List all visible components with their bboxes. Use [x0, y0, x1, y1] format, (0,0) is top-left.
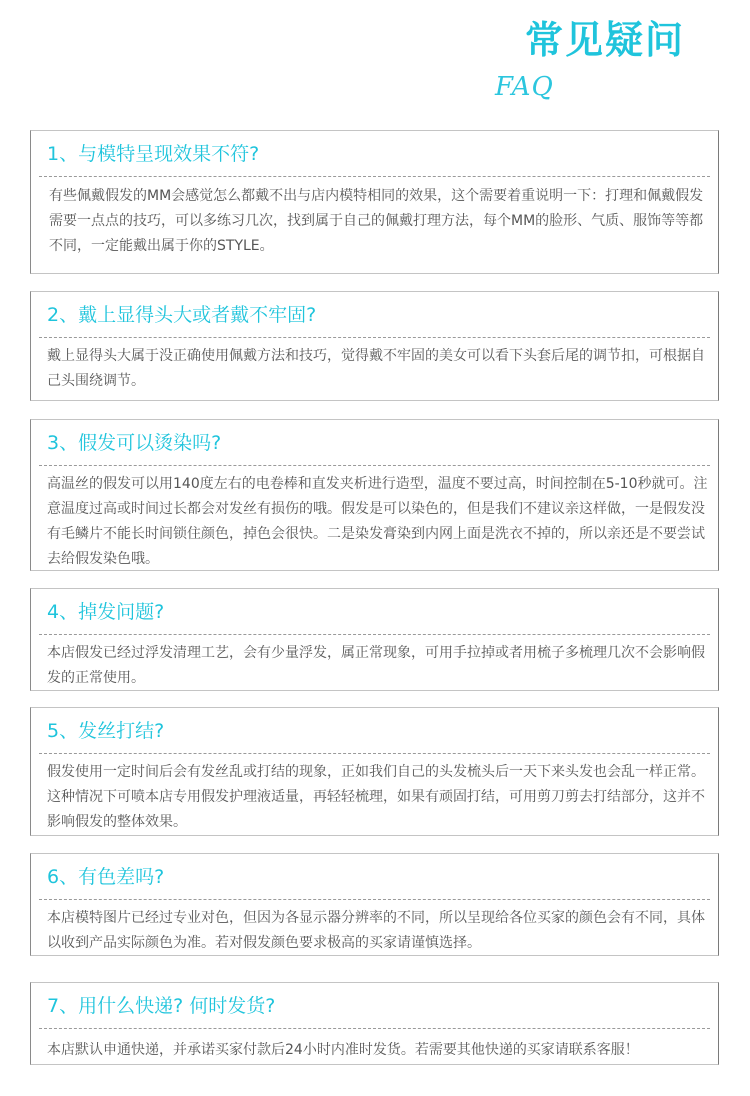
faq-item-7: 7、用什么快递? 何时发货? 本店默认申通快递，并承诺买家付款后24小时内准时发… [30, 982, 719, 1065]
faq-item-4: 4、掉发问题? 本店假发已经过浮发清理工艺，会有少量浮发，属正常现象，可用手拉掉… [30, 588, 719, 691]
dashed-divider [39, 337, 710, 338]
dashed-divider [39, 1028, 710, 1029]
faq-item-2: 2、戴上显得头大或者戴不牢固? 戴上显得头大属于没正确使用佩戴方法和技巧，觉得戴… [30, 291, 719, 401]
faq-item-3: 3、假发可以烫染吗? 高温丝的假发可以用140度左右的电卷棒和直发夹析进行造型，… [30, 419, 719, 571]
page-title: 常见疑问 [525, 16, 685, 64]
dashed-divider [39, 176, 710, 177]
faq-answer: 有些佩戴假发的MM会感觉怎么都戴不出与店内模特相同的效果，这个需要着重说明一下：… [49, 184, 708, 259]
faq-header: 常见疑问 FAQ [0, 0, 750, 120]
faq-item-6: 6、有色差吗? 本店模特图片已经过专业对色，但因为各显示器分辨率的不同，所以呈现… [30, 853, 719, 956]
faq-item-1: 1、与模特呈现效果不符? 有些佩戴假发的MM会感觉怎么都戴不出与店内模特相同的效… [30, 130, 719, 274]
dashed-divider [39, 753, 710, 754]
faq-question: 3、假发可以烫染吗? [47, 430, 221, 456]
faq-answer: 高温丝的假发可以用140度左右的电卷棒和直发夹析进行造型，温度不要过高，时间控制… [47, 472, 708, 572]
faq-question: 6、有色差吗? [47, 864, 164, 890]
dashed-divider [39, 899, 710, 900]
dashed-divider [39, 465, 710, 466]
faq-question: 2、戴上显得头大或者戴不牢固? [47, 302, 316, 328]
dashed-divider [39, 634, 710, 635]
faq-answer: 假发使用一定时间后会有发丝乱或打结的现象，正如我们自己的头发梳头后一天下来头发也… [47, 760, 708, 835]
page-subtitle: FAQ [495, 72, 554, 102]
faq-question: 1、与模特呈现效果不符? [47, 141, 259, 167]
faq-item-5: 5、发丝打结? 假发使用一定时间后会有发丝乱或打结的现象，正如我们自己的头发梳头… [30, 707, 719, 836]
faq-answer: 本店假发已经过浮发清理工艺，会有少量浮发，属正常现象，可用手拉掉或者用梳子多梳理… [47, 641, 708, 691]
faq-question: 7、用什么快递? 何时发货? [47, 993, 275, 1019]
faq-answer: 本店模特图片已经过专业对色，但因为各显示器分辨率的不同，所以呈现给各位买家的颜色… [47, 906, 708, 956]
faq-answer: 戴上显得头大属于没正确使用佩戴方法和技巧，觉得戴不牢固的美女可以看下头套后尾的调… [47, 344, 708, 394]
faq-question: 4、掉发问题? [47, 599, 164, 625]
faq-answer: 本店默认申通快递，并承诺买家付款后24小时内准时发货。若需要其他快递的买家请联系… [47, 1038, 708, 1063]
faq-question: 5、发丝打结? [47, 718, 164, 744]
